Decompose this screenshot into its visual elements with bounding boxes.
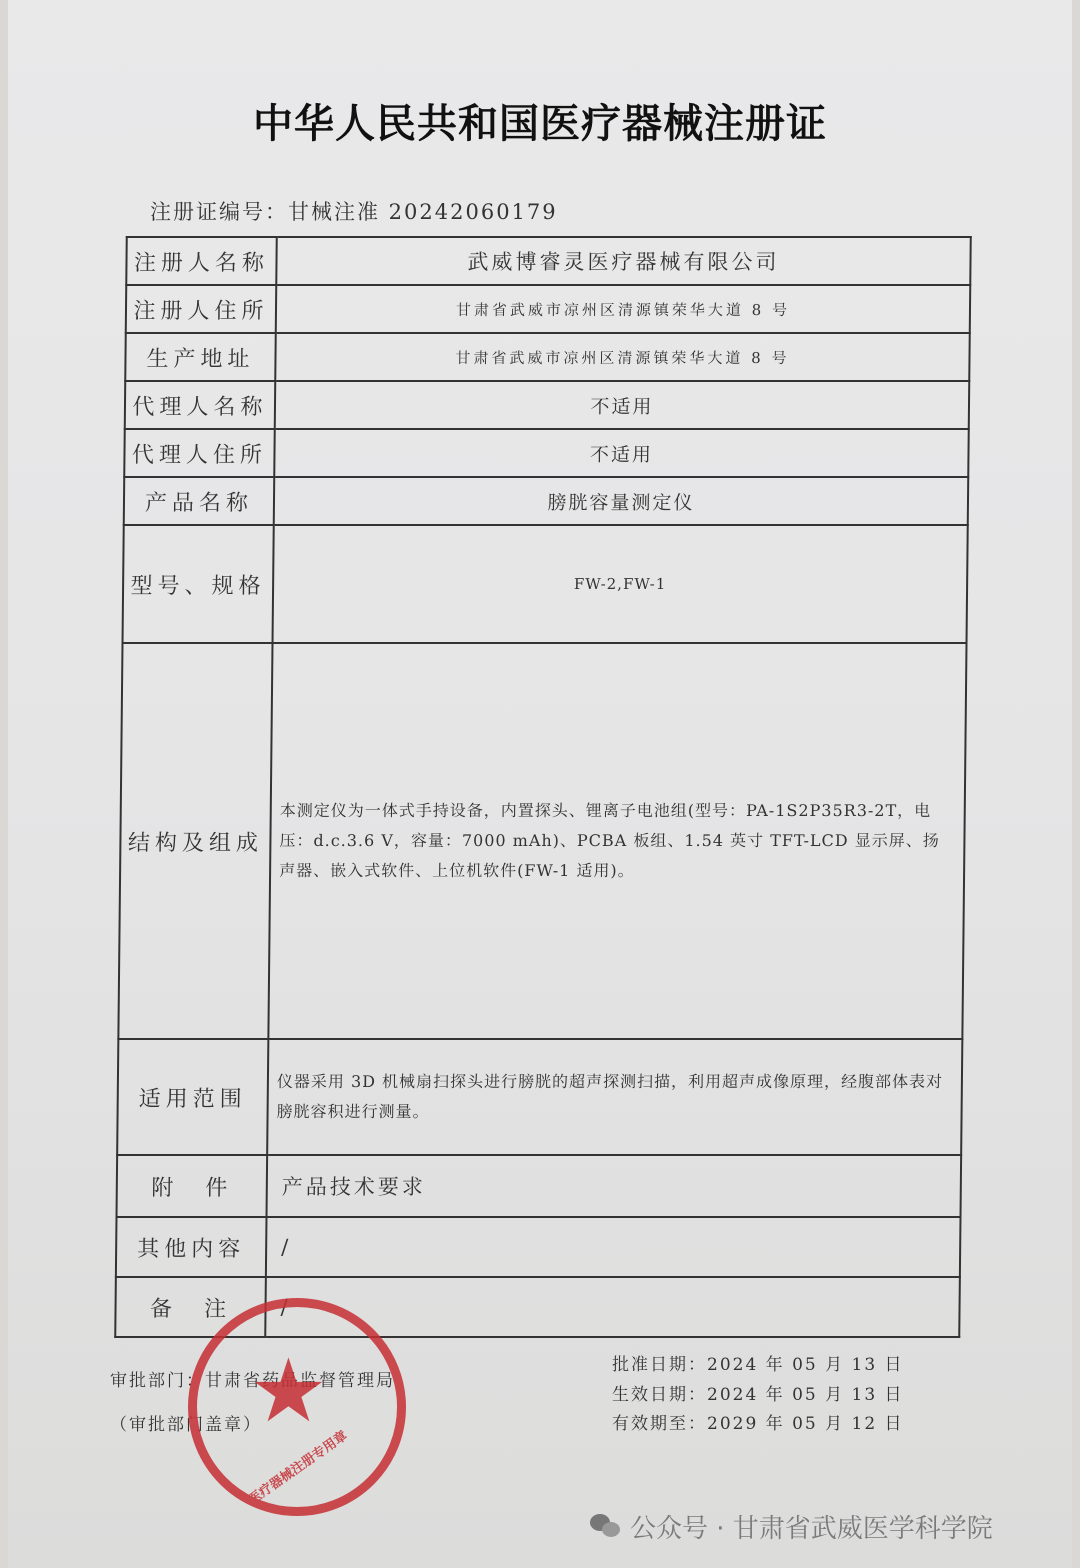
watermark: 公众号 · 甘肃省武威医学科学院	[590, 1508, 993, 1545]
label: 注册人住所	[126, 285, 277, 333]
value: 仪器采用 3D 机械扇扫探头进行膀胱的超声探测扫描，利用超声成像原理，经腹部体表…	[267, 1039, 962, 1155]
row-registrant-address: 注册人住所 甘肃省武威市凉州区清源镇荣华大道 8 号	[126, 285, 971, 333]
label: 生产地址	[125, 333, 276, 381]
value: 膀胱容量测定仪	[274, 477, 969, 525]
row-scope: 适用范围 仪器采用 3D 机械扇扫探头进行膀胱的超声探测扫描，利用超声成像原理，…	[117, 1039, 962, 1155]
label: 适用范围	[117, 1039, 268, 1155]
value: 不适用	[274, 429, 969, 477]
watermark-text: 公众号 · 甘肃省武威医学科学院	[630, 1508, 993, 1545]
label: 代理人名称	[125, 381, 276, 429]
wechat-icon	[590, 1514, 622, 1540]
row-registrant-name: 注册人名称 武威博睿灵医疗器械有限公司	[126, 237, 971, 285]
value: 不适用	[275, 381, 970, 429]
row-model-spec: 型号、规格 FW-2,FW-1	[123, 525, 968, 643]
value: 甘肃省武威市凉州区清源镇荣华大道 8 号	[275, 333, 970, 381]
value: 武威博睿灵医疗器械有限公司	[276, 237, 971, 285]
row-other: 其他内容 /	[116, 1217, 961, 1277]
official-seal: ★ 医疗器械注册专用章	[188, 1298, 406, 1516]
value: /	[266, 1217, 961, 1277]
certificate-table: 注册人名称 武威博睿灵医疗器械有限公司 注册人住所 甘肃省武威市凉州区清源镇荣华…	[114, 236, 972, 1338]
value: 甘肃省武威市凉州区清源镇荣华大道 8 号	[276, 285, 971, 333]
row-attachment: 附 件 产品技术要求	[116, 1155, 961, 1217]
row-structure: 结构及组成 本测定仪为一体式手持设备，内置探头、锂离子电池组(型号：PA-1S2…	[118, 643, 966, 1039]
row-production-address: 生产地址 甘肃省武威市凉州区清源镇荣华大道 8 号	[125, 333, 970, 381]
valid-until: 有效期至：2029 年 05 月 12 日	[612, 1409, 904, 1434]
star-icon: ★	[249, 1347, 328, 1435]
value: 产品技术要求	[266, 1155, 961, 1217]
document-title: 中华人民共和国医疗器械注册证	[0, 92, 1080, 149]
label: 型号、规格	[123, 525, 274, 643]
label: 注册人名称	[126, 237, 277, 285]
approval-date: 批准日期：2024 年 05 月 13 日	[612, 1350, 904, 1375]
label: 代理人住所	[124, 429, 275, 477]
label: 产品名称	[124, 477, 275, 525]
label: 结构及组成	[118, 643, 272, 1039]
value: FW-2,FW-1	[273, 525, 968, 643]
row-agent-address: 代理人住所 不适用	[124, 429, 969, 477]
label: 附 件	[116, 1155, 267, 1217]
registration-number: 注册证编号：甘械注准 20242060179	[150, 196, 558, 226]
row-product-name: 产品名称 膀胱容量测定仪	[124, 477, 969, 525]
value: 本测定仪为一体式手持设备，内置探头、锂离子电池组(型号：PA-1S2P35R3-…	[268, 643, 966, 1039]
label: 其他内容	[116, 1217, 267, 1277]
effective-date: 生效日期：2024 年 05 月 13 日	[612, 1380, 904, 1405]
row-agent-name: 代理人名称 不适用	[125, 381, 970, 429]
